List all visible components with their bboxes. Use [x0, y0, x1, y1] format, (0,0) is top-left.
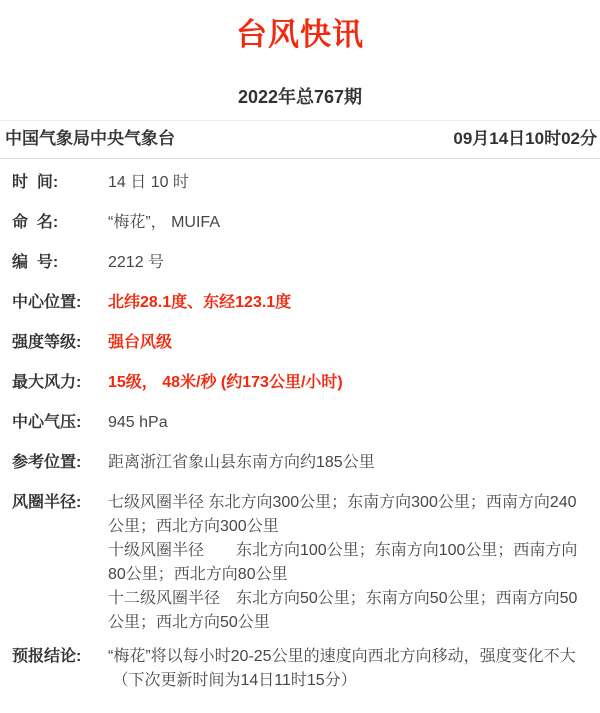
field-row-center-pressure: 中心气压: 945 hPa	[12, 411, 588, 435]
field-row-time: 时 间: 14 日 10 时	[12, 171, 588, 195]
field-row-reference-position: 参考位置: 距离浙江省象山县东南方向约185公里	[12, 451, 588, 475]
page-title: 台风快讯	[0, 0, 600, 54]
field-label-center-pressure: 中心气压:	[12, 411, 108, 435]
agency-name: 中国气象局中央气象台	[5, 129, 175, 149]
field-row-wind-circle-radius: 风圈半径: 七级风圈半径 东北方向300公里；东南方向300公里；西南方向240…	[12, 491, 588, 635]
field-row-forecast-conclusion: 预报结论: “梅花”将以每小时20-25公里的速度向西北方向移动，强度变化不大 …	[12, 645, 588, 693]
field-value-max-wind: 15级， 48米/秒 (约173公里/小时)	[108, 371, 586, 395]
typhoon-bulletin-page: 台风快讯 2022年总767期 中国气象局中央气象台 09月14日10时02分 …	[0, 0, 600, 713]
field-label-center-position: 中心位置:	[12, 291, 108, 315]
field-label-max-wind: 最大风力:	[12, 371, 108, 395]
bulletin-fields: 时 间: 14 日 10 时 命 名: “梅花”， MUIFA 编 号: 221…	[0, 159, 600, 693]
field-label-time: 时 间:	[12, 171, 108, 195]
field-value-number: 2212 号	[108, 251, 586, 275]
field-row-center-position: 中心位置: 北纬28.1度、东经123.1度	[12, 291, 588, 315]
issue-datetime: 09月14日10时02分	[453, 129, 597, 149]
field-value-intensity-level: 强台风级	[108, 331, 586, 355]
field-value-forecast-conclusion: “梅花”将以每小时20-25公里的速度向西北方向移动，强度变化不大 （下次更新时…	[108, 645, 586, 693]
bulletin-header: 中国气象局中央气象台 09月14日10时02分	[0, 120, 600, 159]
field-value-wind-circle-radius: 七级风圈半径 东北方向300公里；东南方向300公里；西南方向240公里；西北方…	[108, 491, 586, 635]
field-row-number: 编 号: 2212 号	[12, 251, 588, 275]
field-value-reference-position: 距离浙江省象山县东南方向约185公里	[108, 451, 586, 475]
field-label-forecast-conclusion: 预报结论:	[12, 645, 108, 693]
field-row-name: 命 名: “梅花”， MUIFA	[12, 211, 588, 235]
field-row-max-wind: 最大风力: 15级， 48米/秒 (约173公里/小时)	[12, 371, 588, 395]
field-label-number: 编 号:	[12, 251, 108, 275]
field-value-name: “梅花”， MUIFA	[108, 211, 586, 235]
field-label-intensity-level: 强度等级:	[12, 331, 108, 355]
field-label-wind-circle-radius: 风圈半径:	[12, 491, 108, 635]
issue-number: 2022年总767期	[0, 87, 600, 107]
field-label-name: 命 名:	[12, 211, 108, 235]
field-value-center-pressure: 945 hPa	[108, 411, 586, 435]
field-row-intensity-level: 强度等级: 强台风级	[12, 331, 588, 355]
field-value-center-position: 北纬28.1度、东经123.1度	[108, 291, 586, 315]
field-value-time: 14 日 10 时	[108, 171, 586, 195]
field-label-reference-position: 参考位置:	[12, 451, 108, 475]
